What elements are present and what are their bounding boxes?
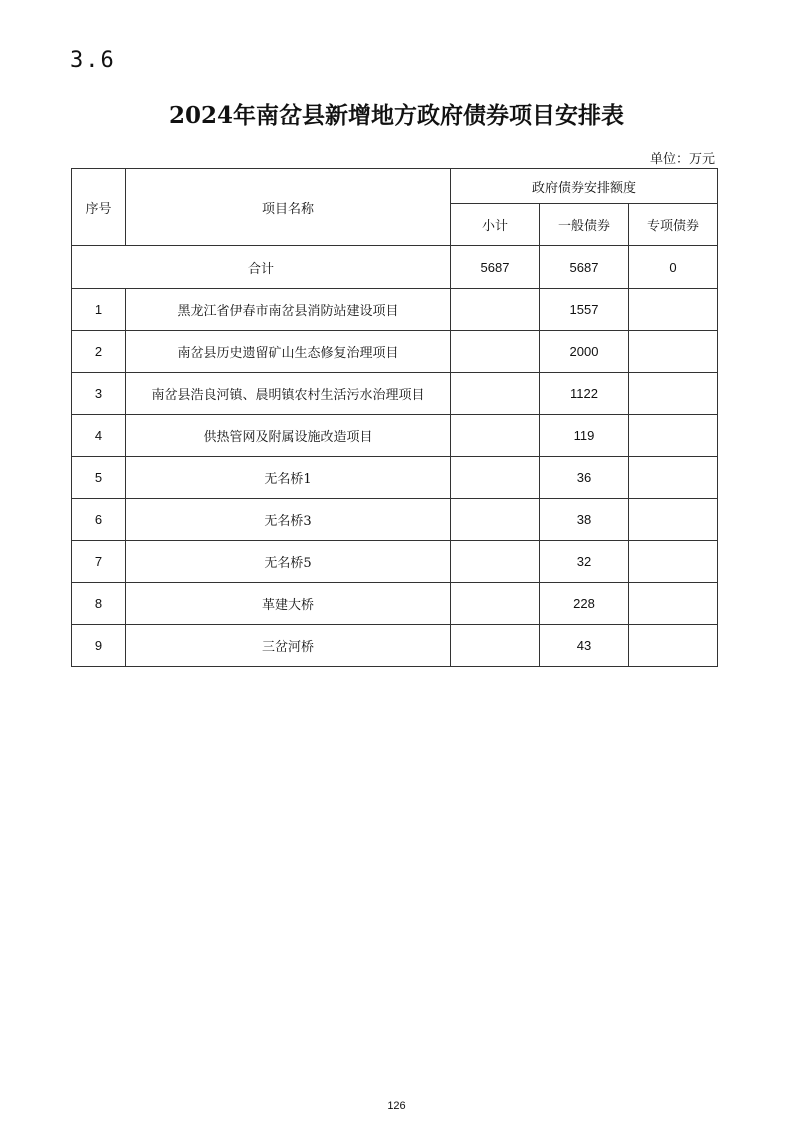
header-row-1: 序号 项目名称 政府债券安排额度 [72,169,718,204]
row-special [629,373,718,415]
row-special [629,541,718,583]
row-project-name: 供热管网及附属设施改造项目 [126,415,451,457]
table-row: 5 无名桥1 36 [72,457,718,499]
section-number: 3.6 [70,48,116,73]
row-seq: 9 [72,625,126,667]
row-project-name: 无名桥1 [126,457,451,499]
row-seq: 3 [72,373,126,415]
row-general: 38 [540,499,629,541]
total-special: 0 [629,246,718,289]
header-bond-quota: 政府债券安排额度 [451,169,718,204]
row-subtotal [451,625,540,667]
row-project-name: 无名桥5 [126,541,451,583]
row-seq: 1 [72,289,126,331]
row-general: 32 [540,541,629,583]
row-special [629,289,718,331]
row-general: 36 [540,457,629,499]
header-special-bond: 专项债券 [629,204,718,246]
row-subtotal [451,373,540,415]
row-special [629,583,718,625]
table-row: 3 南岔县浩良河镇、晨明镇农村生活污水治理项目 1122 [72,373,718,415]
table-row: 7 无名桥5 32 [72,541,718,583]
total-general: 5687 [540,246,629,289]
bond-allocation-table: 序号 项目名称 政府债券安排额度 小计 一般债券 专项债券 合计 5687 56… [71,168,718,667]
document-title: 2024年南岔县新增地方政府债券项目安排表 [0,97,793,130]
row-project-name: 南岔县历史遗留矿山生态修复治理项目 [126,331,451,373]
row-seq: 8 [72,583,126,625]
row-general: 43 [540,625,629,667]
row-seq: 6 [72,499,126,541]
table-row: 1 黑龙江省伊春市南岔县消防站建设项目 1557 [72,289,718,331]
row-general: 228 [540,583,629,625]
row-special [629,331,718,373]
row-seq: 7 [72,541,126,583]
header-general-bond: 一般债券 [540,204,629,246]
row-project-name: 无名桥3 [126,499,451,541]
row-subtotal [451,583,540,625]
header-seq: 序号 [72,169,126,246]
row-subtotal [451,289,540,331]
row-subtotal [451,457,540,499]
table-row: 4 供热管网及附属设施改造项目 119 [72,415,718,457]
row-subtotal [451,415,540,457]
row-special [629,625,718,667]
unit-label: 单位：万元 [650,148,715,167]
row-special [629,499,718,541]
row-project-name: 黑龙江省伊春市南岔县消防站建设项目 [126,289,451,331]
total-subtotal: 5687 [451,246,540,289]
row-general: 2000 [540,331,629,373]
header-project-name: 项目名称 [126,169,451,246]
total-label: 合计 [72,246,451,289]
row-project-name: 革建大桥 [126,583,451,625]
row-seq: 2 [72,331,126,373]
row-special [629,457,718,499]
total-row: 合计 5687 5687 0 [72,246,718,289]
row-general: 1122 [540,373,629,415]
row-seq: 4 [72,415,126,457]
row-general: 1557 [540,289,629,331]
row-subtotal [451,499,540,541]
row-subtotal [451,541,540,583]
row-general: 119 [540,415,629,457]
row-subtotal [451,331,540,373]
row-seq: 5 [72,457,126,499]
table-row: 2 南岔县历史遗留矿山生态修复治理项目 2000 [72,331,718,373]
row-project-name: 南岔县浩良河镇、晨明镇农村生活污水治理项目 [126,373,451,415]
row-special [629,415,718,457]
page-number: 126 [0,1100,793,1112]
table-row: 6 无名桥3 38 [72,499,718,541]
table-row: 9 三岔河桥 43 [72,625,718,667]
table-row: 8 革建大桥 228 [72,583,718,625]
row-project-name: 三岔河桥 [126,625,451,667]
header-subtotal: 小计 [451,204,540,246]
